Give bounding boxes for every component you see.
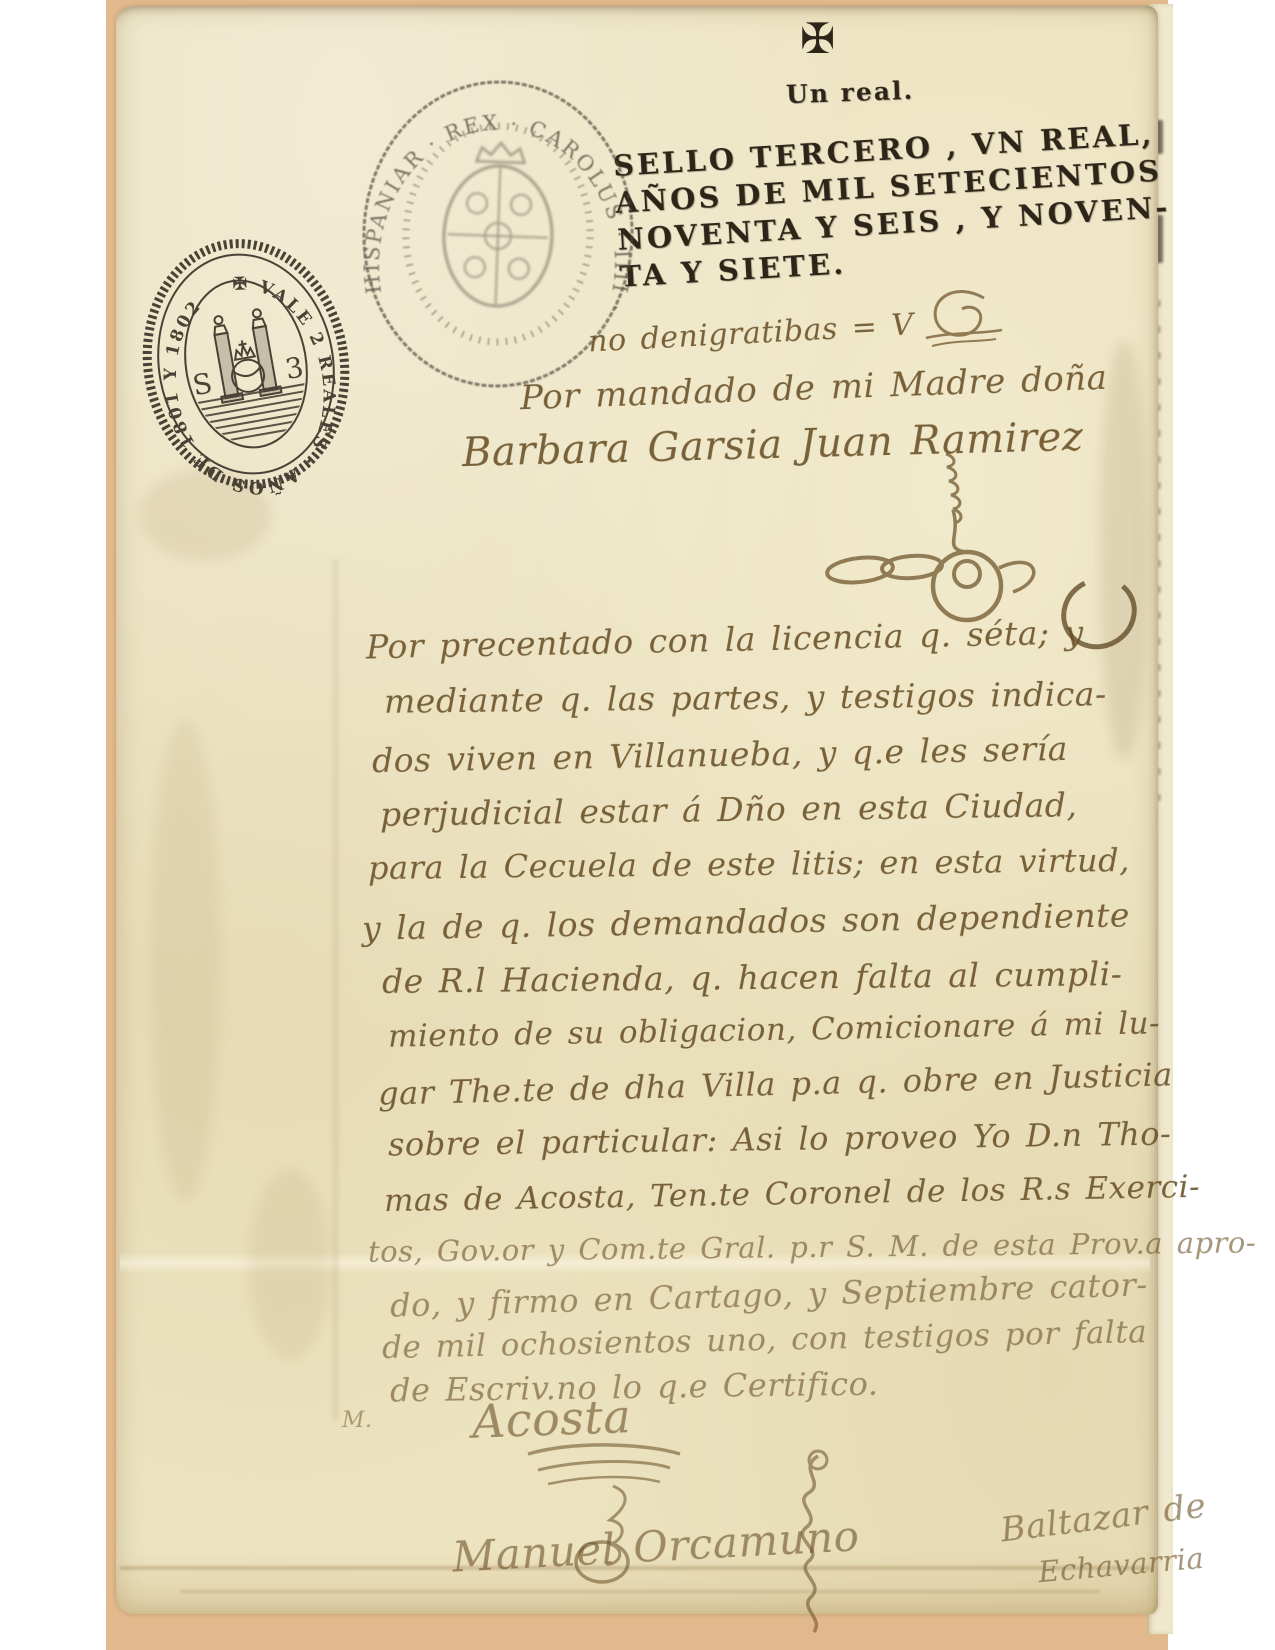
habilitation-stamp: ✠ VALE 2 REALES · AÑOS DE 1801 Y 1802 [117, 219, 374, 509]
coat-of-arms [442, 141, 556, 308]
manuel-flourish [778, 1446, 848, 1640]
ink-showthrough [1100, 340, 1148, 760]
manuscript-scan: ✠ Un real. SELLO TERCERO , VN REAL, AÑOS… [0, 0, 1275, 1650]
age-stain [150, 720, 220, 1200]
fee-label: Un real. [786, 76, 915, 109]
nota-flourish [922, 282, 1008, 352]
maltese-cross-ornament: ✠ [800, 14, 835, 63]
signature-rubric [815, 448, 1050, 638]
body-line: para la Cecuela de este litis; en esta v… [368, 841, 1130, 887]
habilitation-numeral: 3 [283, 350, 306, 386]
body-line: mediante q. las partes, y testigos indic… [384, 674, 1107, 721]
age-stain [250, 1170, 330, 1360]
vertical-crease [333, 560, 338, 1420]
svg-text:HISPANIAR · REX · CAROLUS · II: HISPANIAR · REX · CAROLUS · IIII · D · G… [340, 52, 641, 317]
body-line: de Escriv.no lo q.e Certifico. [390, 1365, 879, 1410]
margin-mark: M. [342, 1408, 373, 1433]
body-line: de R.l Hacienda, q. hacen falta al cumpl… [382, 954, 1123, 1001]
seal-legend: HISPANIAR · REX · CAROLUS · IIII · D · G… [340, 52, 641, 317]
